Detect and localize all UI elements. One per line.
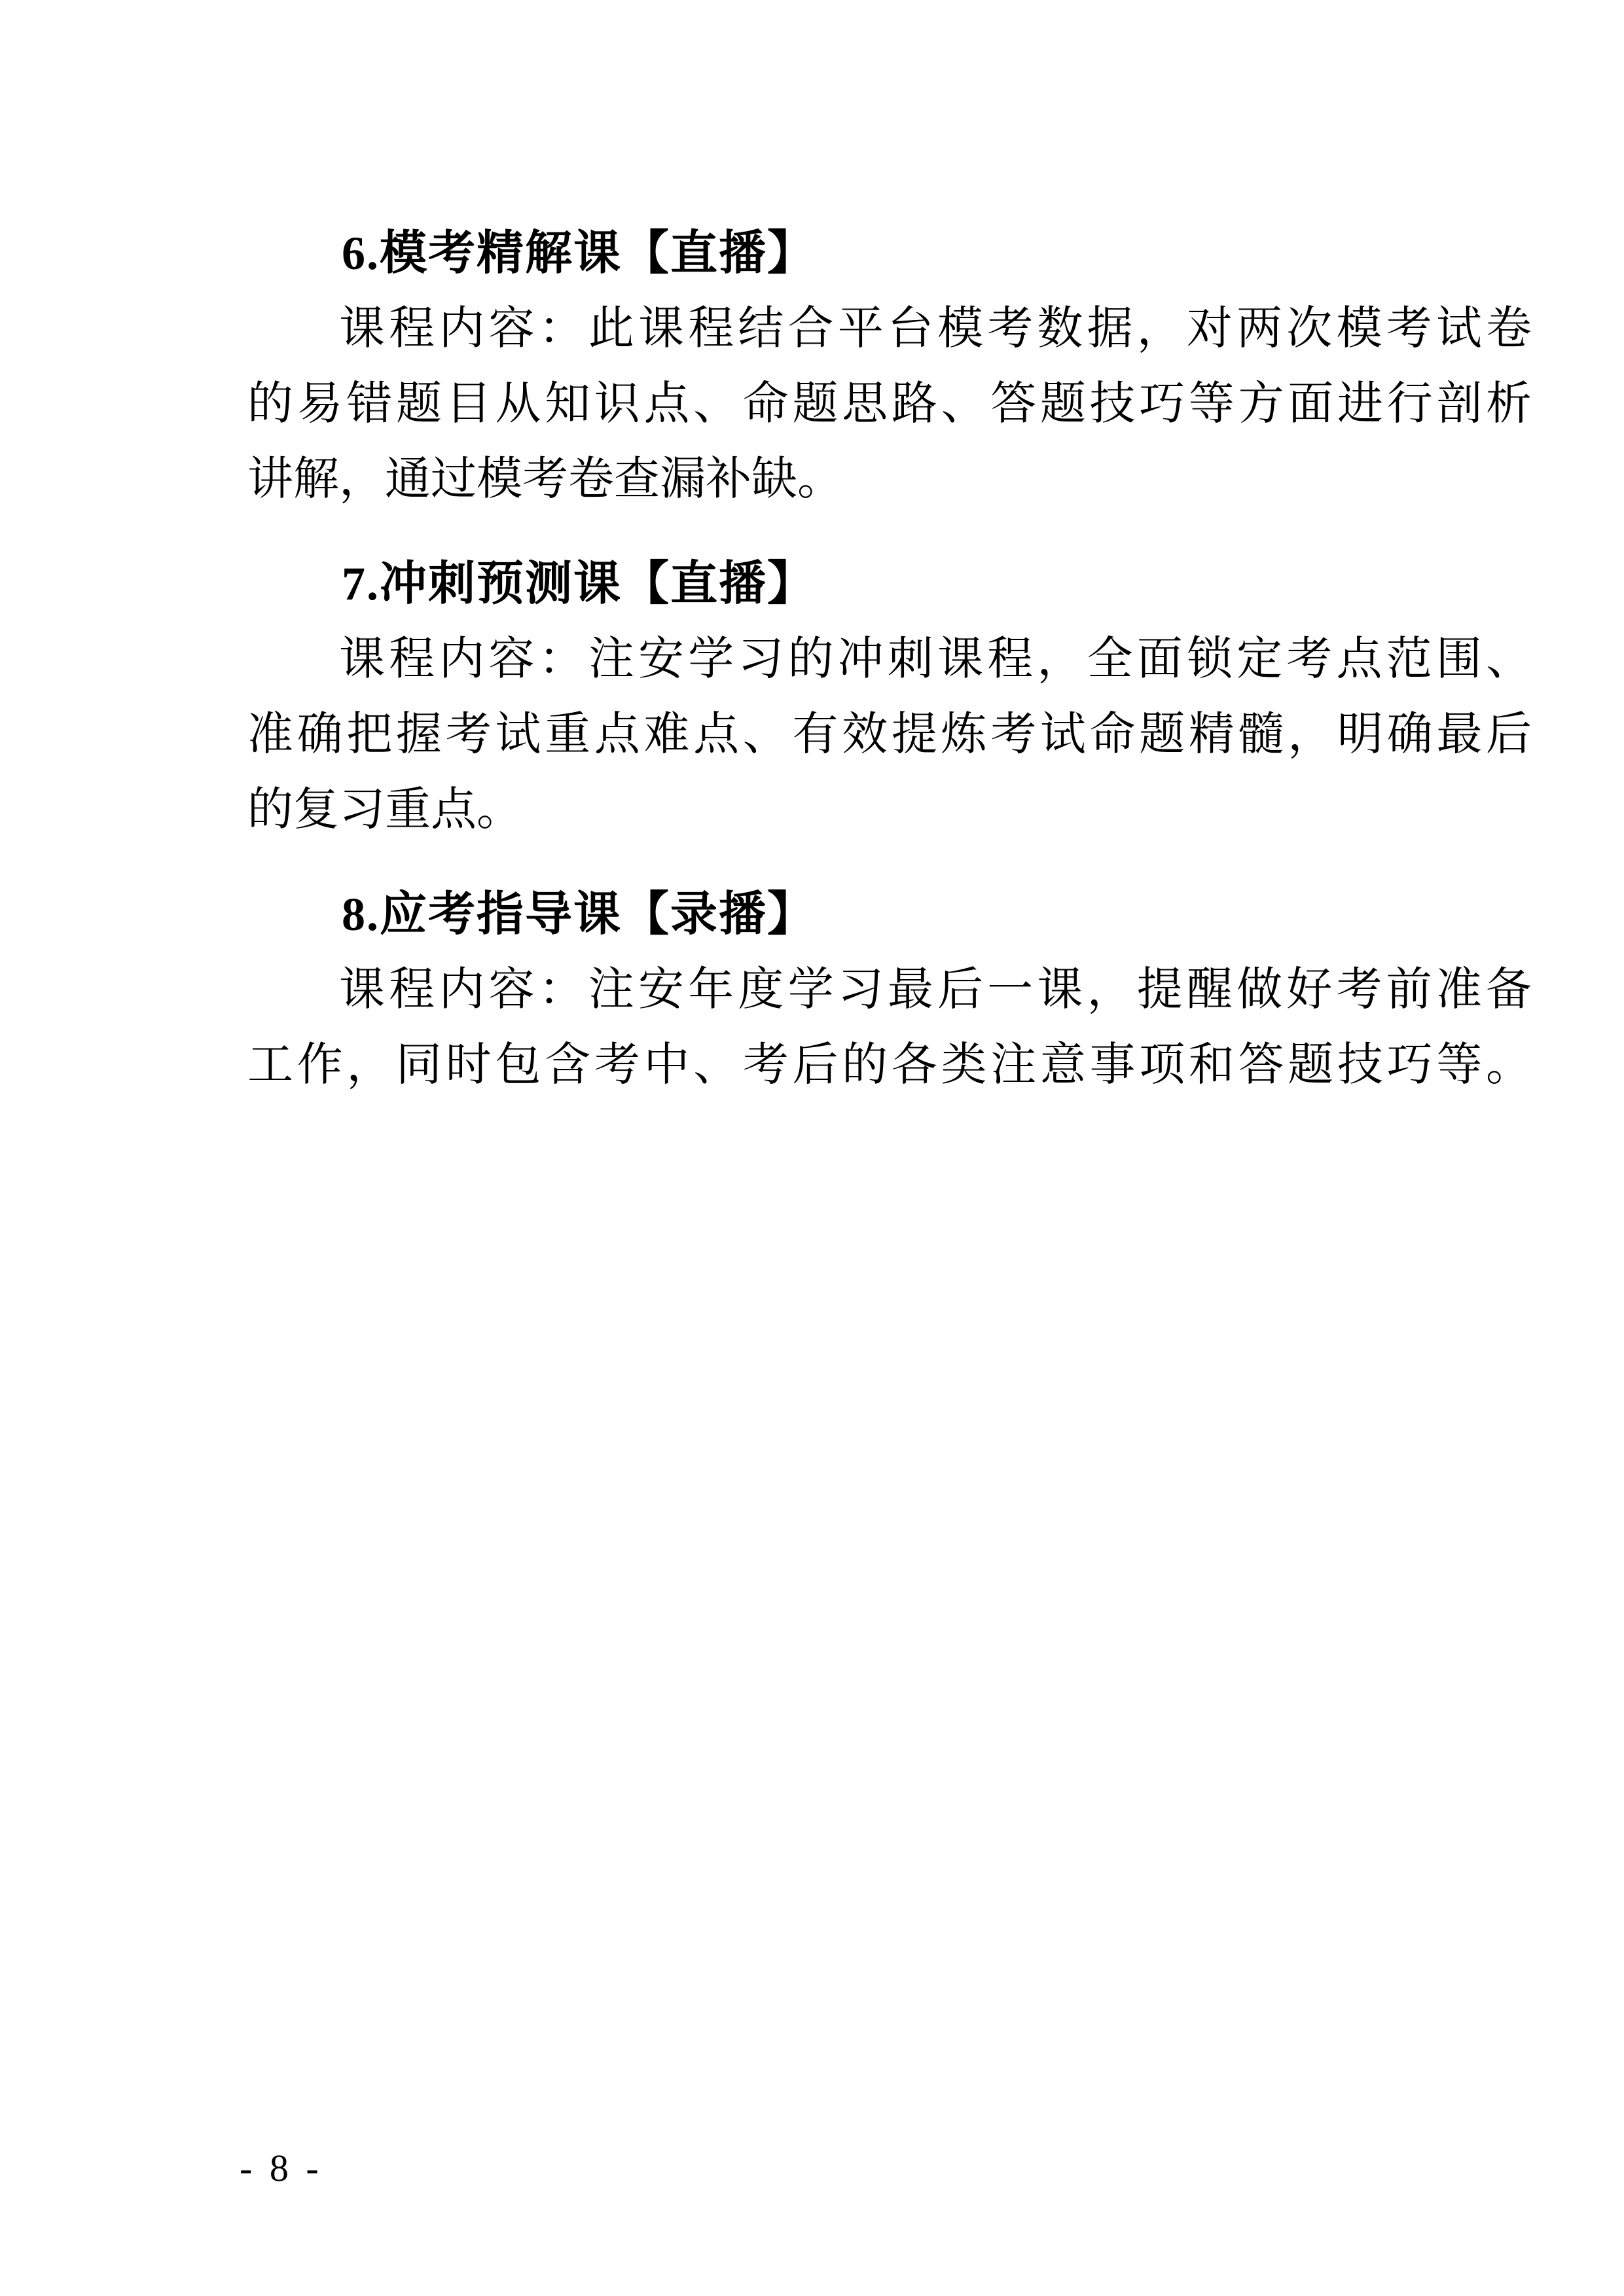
section-6-paragraph-line-3: 讲解，通过模考卷查漏补缺。 (247, 442, 1532, 517)
section-8-heading: 8.应考指导课【录播】 (247, 877, 1532, 952)
section-7-paragraph-line-1: 课程内容：注安学习的冲刺课程，全面锁定考点范围、 (247, 622, 1532, 697)
section-6-paragraph-line-2: 的易错题目从知识点、命题思路、答题技巧等方面进行剖析 (247, 367, 1532, 442)
section-7-heading: 7.冲刺预测课【直播】 (247, 547, 1532, 622)
section-8-paragraph-line-2: 工作，同时包含考中、考后的各类注意事项和答题技巧等。 (247, 1028, 1532, 1103)
section-6-heading: 6.模考精解课【直播】 (247, 216, 1532, 291)
section-8-paragraph-line-1: 课程内容：注安年度学习最后一课，提醒做好考前准备 (247, 952, 1532, 1028)
document-content: 6.模考精解课【直播】 课程内容：此课程结合平台模考数据，对两次模考试卷 的易错… (247, 216, 1532, 1103)
page-number: - 8 - (240, 2145, 323, 2191)
section-7-paragraph-line-2: 准确把握考试重点难点、有效提炼考试命题精髓，明确最后 (247, 697, 1532, 772)
section-6-paragraph-line-1: 课程内容：此课程结合平台模考数据，对两次模考试卷 (247, 291, 1532, 367)
document-page: 6.模考精解课【直播】 课程内容：此课程结合平台模考数据，对两次模考试卷 的易错… (0, 0, 1624, 2296)
section-7-paragraph-line-3: 的复习重点。 (247, 772, 1532, 848)
